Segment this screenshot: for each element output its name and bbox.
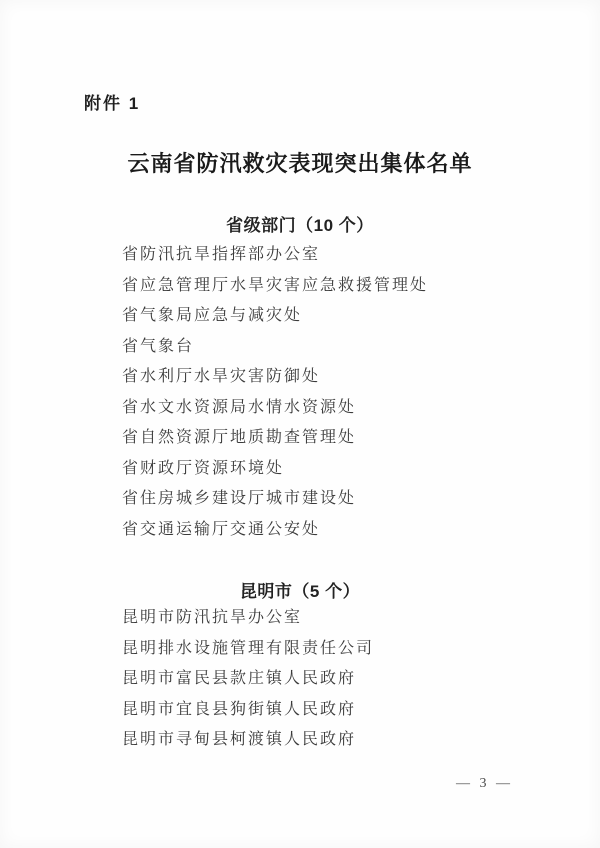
section-heading-provincial-departments: 省级部门（10 个） [0,211,600,236]
list-item: 省交通运输厅交通公安处 [122,515,560,546]
list-item: 昆明市防汛抗旱办公室 [122,603,560,634]
list-item: 省水文水资源局水情水资源处 [122,393,560,424]
list-item: 昆明排水设施管理有限责任公司 [122,634,560,665]
attachment-label: 附件 1 [84,89,140,114]
kunming-city-list: 昆明市防汛抗旱办公室 昆明排水设施管理有限责任公司 昆明市富民县款庄镇人民政府 … [122,603,560,756]
list-item: 省应急管理厅水旱灾害应急救援管理处 [122,271,560,302]
list-item: 省水利厅水旱灾害防御处 [122,362,560,393]
list-item: 省气象台 [122,332,560,363]
list-item: 省住房城乡建设厅城市建设处 [122,484,560,515]
section-heading-kunming-city: 昆明市（5 个） [0,577,600,602]
list-item: 昆明市寻甸县柯渡镇人民政府 [122,725,560,756]
provincial-departments-list: 省防汛抗旱指挥部办公室 省应急管理厅水旱灾害应急救援管理处 省气象局应急与减灾处… [122,240,560,545]
document-page: 附件 1 云南省防汛救灾表现突出集体名单 省级部门（10 个） 省防汛抗旱指挥部… [0,0,600,848]
document-title: 云南省防汛救灾表现突出集体名单 [0,147,600,178]
list-item: 省防汛抗旱指挥部办公室 [122,240,560,271]
list-item: 昆明市富民县款庄镇人民政府 [122,664,560,695]
list-item: 省财政厅资源环境处 [122,454,560,485]
list-item: 省气象局应急与减灾处 [122,301,560,332]
list-item: 省自然资源厅地质勘查管理处 [122,423,560,454]
list-item: 昆明市宜良县狗街镇人民政府 [122,695,560,726]
page-number: — 3 — [456,776,513,792]
